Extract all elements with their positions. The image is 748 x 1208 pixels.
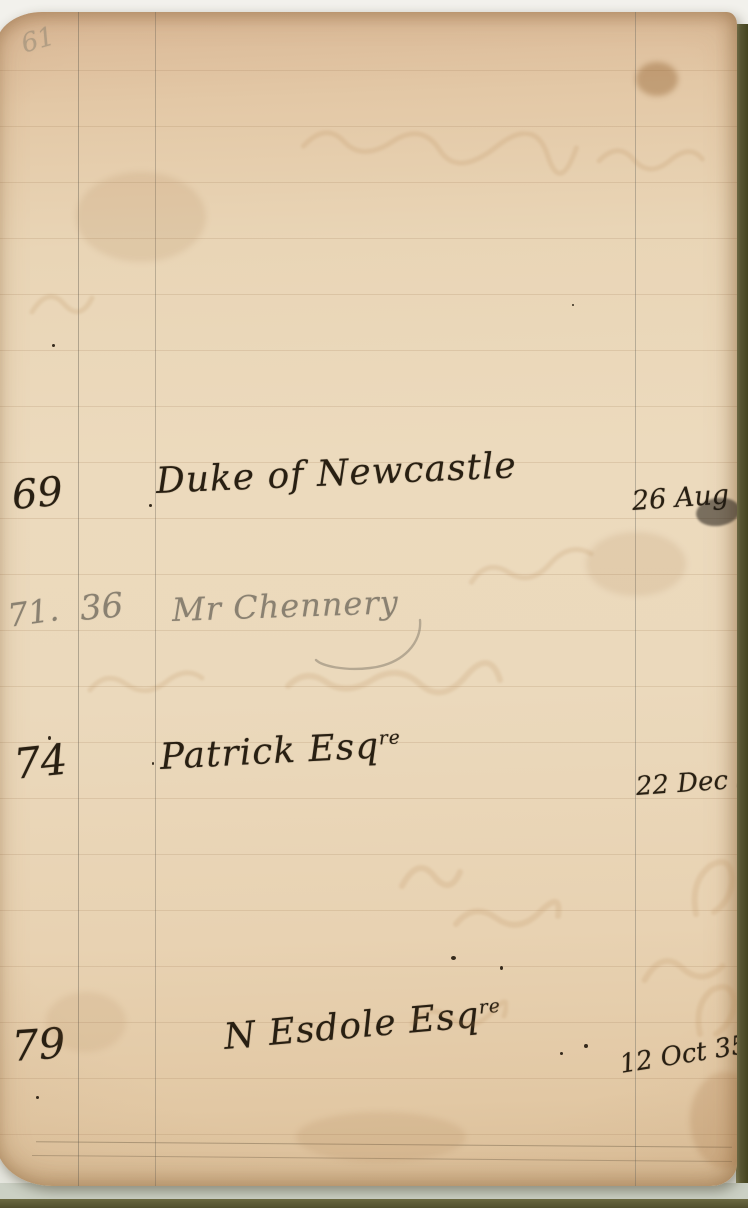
date-column-rule: [635, 12, 636, 1186]
ink-speck: [52, 344, 55, 347]
entry-number: 74: [12, 739, 70, 786]
ledger-page: 61 69 Duke of Newcastle 26 Aug 35 71. 36…: [0, 12, 737, 1186]
stain-mark: [586, 532, 686, 596]
entry-name: Duke of Newcastle: [155, 448, 517, 500]
bleedthrough-mark: [686, 852, 737, 924]
ink-speck: [152, 762, 154, 765]
stain-mark: [46, 992, 126, 1052]
bleedthrough-mark: [26, 280, 96, 320]
bleedthrough-mark: [690, 978, 737, 1044]
ink-speck: [560, 1052, 563, 1055]
entry-second-column-value: 36: [79, 588, 125, 626]
ink-speck: [48, 736, 51, 740]
entry-name: Patrick Esqre: [159, 727, 402, 776]
ink-speck: [149, 504, 152, 507]
bleedthrough-mark: [299, 112, 582, 180]
ink-speck: [451, 956, 456, 960]
stain-mark: [296, 1112, 466, 1162]
entry-date: 22 Dec 36: [635, 765, 737, 800]
ink-speck: [500, 966, 503, 970]
entry-name-superscript: re: [378, 727, 401, 749]
bleedthrough-mark: [408, 996, 508, 1032]
entry-number: 69: [10, 472, 64, 516]
bleedthrough-mark: [464, 539, 597, 592]
scanned-ledger-photo: 61 69 Duke of Newcastle 26 Aug 35 71. 36…: [0, 0, 748, 1208]
bleedthrough-mark: [86, 664, 206, 698]
entry-number: 71.: [6, 593, 61, 632]
book-binding-edge-bottom: [0, 1199, 748, 1208]
stain-mark: [636, 62, 678, 96]
bleedthrough-mark: [394, 852, 464, 894]
stain-mark: [76, 172, 206, 262]
stain-mark: [690, 1072, 737, 1168]
bleedthrough-mark: [594, 133, 708, 184]
ink-speck: [584, 1044, 588, 1048]
page-corner-number: 61: [18, 23, 57, 57]
ink-speck: [572, 304, 574, 306]
bleedthrough-mark: [284, 660, 504, 696]
bleedthrough-mark: [452, 894, 562, 934]
ink-speck: [36, 1096, 39, 1099]
book-binding-edge-right: [736, 24, 748, 1200]
